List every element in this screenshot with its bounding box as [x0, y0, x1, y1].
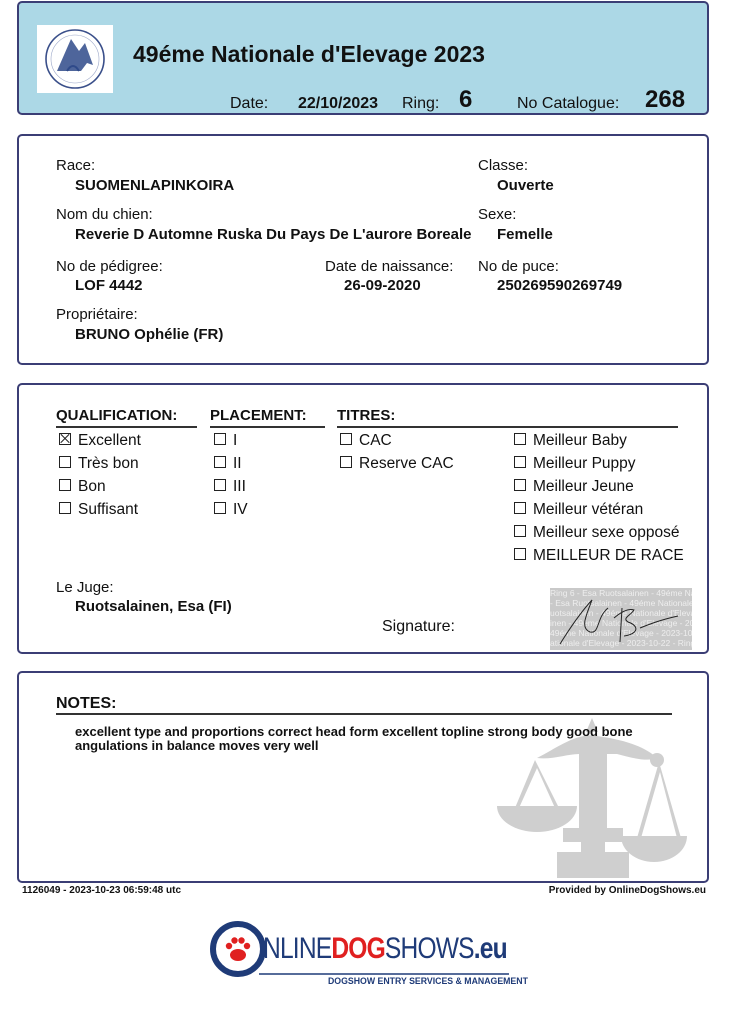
race-label: Race:: [56, 157, 95, 174]
results-panel: QUALIFICATION: PLACEMENT: TITRES: Excell…: [17, 383, 709, 654]
placement-option[interactable]: IV: [214, 501, 248, 519]
qualification-heading: QUALIFICATION:: [56, 407, 197, 428]
checkbox-icon[interactable]: [514, 456, 526, 468]
placement-option[interactable]: III: [214, 478, 246, 496]
notes-heading: NOTES:: [56, 695, 672, 715]
brand-wordmark: NLINEDOGSHOWS.eu: [263, 932, 507, 966]
qualification-option-label: Suffisant: [78, 501, 138, 518]
race-value: SUOMENLAPINKOIRA: [75, 177, 234, 194]
award-option[interactable]: Meilleur Jeune: [514, 478, 634, 496]
signature-image: Ring 6 - Esa Ruotsalainen - 49éme Nation…: [550, 588, 692, 650]
placement-option[interactable]: II: [214, 455, 242, 473]
qualification-option[interactable]: Très bon: [59, 455, 139, 473]
ring-value: 6: [459, 86, 472, 114]
ring-label: Ring:: [402, 95, 439, 113]
checkbox-icon[interactable]: [514, 502, 526, 514]
brand-part-dog: DOG: [331, 932, 385, 965]
placement-option-label: IV: [233, 501, 248, 518]
owner-value: BRUNO Ophélie (FR): [75, 326, 223, 343]
classe-value: Ouverte: [497, 177, 554, 194]
header-panel: 49éme Nationale d'Elevage 2023 Date: 22/…: [17, 1, 709, 115]
award-option-label: Meilleur Baby: [533, 432, 627, 449]
placement-option[interactable]: I: [214, 432, 237, 450]
award-option-label: MEILLEUR DE RACE: [533, 547, 684, 564]
brand-part-online: NLINE: [263, 932, 331, 965]
notes-text: excellent type and proportions correct h…: [75, 725, 675, 753]
award-option[interactable]: Meilleur sexe opposé: [514, 524, 679, 542]
qualification-option-label: Excellent: [78, 432, 141, 449]
dog-name-value: Reverie D Automne Ruska Du Pays De L'aur…: [75, 226, 471, 243]
award-option-label: Meilleur Puppy: [533, 455, 636, 472]
checkbox-icon[interactable]: [214, 456, 226, 468]
checkbox-icon[interactable]: [59, 479, 71, 491]
document-id-timestamp: 1126049 - 2023-10-23 06:59:48 utc: [22, 885, 181, 896]
qualification-option[interactable]: Suffisant: [59, 501, 138, 519]
titre-option-label: CAC: [359, 432, 392, 449]
checkbox-icon[interactable]: [514, 525, 526, 537]
checkbox-icon[interactable]: [59, 502, 71, 514]
event-title: 49éme Nationale d'Elevage 2023: [133, 41, 485, 68]
dog-name-label: Nom du chien:: [56, 206, 153, 223]
award-option[interactable]: Meilleur Puppy: [514, 455, 636, 473]
placement-heading: PLACEMENT:: [210, 407, 325, 428]
qualification-option[interactable]: Excellent: [59, 432, 141, 450]
sexe-label: Sexe:: [478, 206, 516, 223]
titre-option[interactable]: Reserve CAC: [340, 455, 454, 473]
chip-value: 250269590269749: [497, 277, 622, 294]
owner-label: Propriétaire:: [56, 306, 138, 323]
titre-option-label: Reserve CAC: [359, 455, 454, 472]
titres-heading: TITRES:: [337, 407, 678, 428]
catalogue-label: No Catalogue:: [517, 95, 619, 113]
paw-icon: [226, 937, 250, 961]
checkbox-icon[interactable]: [214, 502, 226, 514]
pedigree-label: No de pédigree:: [56, 258, 163, 275]
chip-label: No de puce:: [478, 258, 559, 275]
checkbox-icon[interactable]: [59, 456, 71, 468]
award-option[interactable]: Meilleur vétéran: [514, 501, 643, 519]
classe-label: Classe:: [478, 157, 528, 174]
catalogue-value: 268: [645, 86, 685, 114]
onlinedogshows-logo[interactable]: NLINEDOGSHOWS.eu DOGSHOW ENTRY SERVICES …: [209, 918, 529, 988]
award-option-label: Meilleur Jeune: [533, 478, 634, 495]
checkbox-icon[interactable]: [514, 548, 526, 560]
signature-label: Signature:: [382, 618, 455, 636]
club-logo-icon: [37, 25, 113, 93]
checkbox-checked-icon[interactable]: [59, 433, 71, 445]
provided-by-text: Provided by OnlineDogShows.eu: [549, 885, 706, 896]
judge-label: Le Juge:: [56, 579, 114, 596]
birth-date-value: 26-09-2020: [344, 277, 421, 294]
placement-option-label: II: [233, 455, 242, 472]
checkbox-icon[interactable]: [514, 433, 526, 445]
checkbox-icon[interactable]: [340, 433, 352, 445]
award-option-label: Meilleur sexe opposé: [533, 524, 679, 541]
date-label: Date:: [230, 95, 268, 113]
brand-part-shows: SHOWS: [385, 932, 474, 965]
placement-option-label: III: [233, 478, 246, 495]
award-option[interactable]: Meilleur Baby: [514, 432, 627, 450]
titre-option[interactable]: CAC: [340, 432, 392, 450]
award-option[interactable]: MEILLEUR DE RACE: [514, 547, 684, 565]
brand-tagline: DOGSHOW ENTRY SERVICES & MANAGEMENT: [328, 976, 528, 987]
award-option-label: Meilleur vétéran: [533, 501, 643, 518]
checkbox-icon[interactable]: [214, 479, 226, 491]
placement-option-label: I: [233, 432, 237, 449]
qualification-option[interactable]: Bon: [59, 478, 106, 496]
qualification-option-label: Bon: [78, 478, 106, 495]
date-value: 22/10/2023: [298, 95, 378, 113]
checkbox-icon[interactable]: [340, 456, 352, 468]
sexe-value: Femelle: [497, 226, 553, 243]
birth-date-label: Date de naissance:: [325, 258, 453, 275]
pedigree-value: LOF 4442: [75, 277, 143, 294]
notes-panel: NOTES: excellent type and proportions co…: [17, 671, 709, 883]
checkbox-icon[interactable]: [214, 433, 226, 445]
judge-value: Ruotsalainen, Esa (FI): [75, 598, 232, 615]
qualification-option-label: Très bon: [78, 455, 139, 472]
brand-part-eu: .eu: [474, 932, 507, 965]
dog-info-panel: Race: SUOMENLAPINKOIRA Classe: Ouverte N…: [17, 134, 709, 365]
checkbox-icon[interactable]: [514, 479, 526, 491]
